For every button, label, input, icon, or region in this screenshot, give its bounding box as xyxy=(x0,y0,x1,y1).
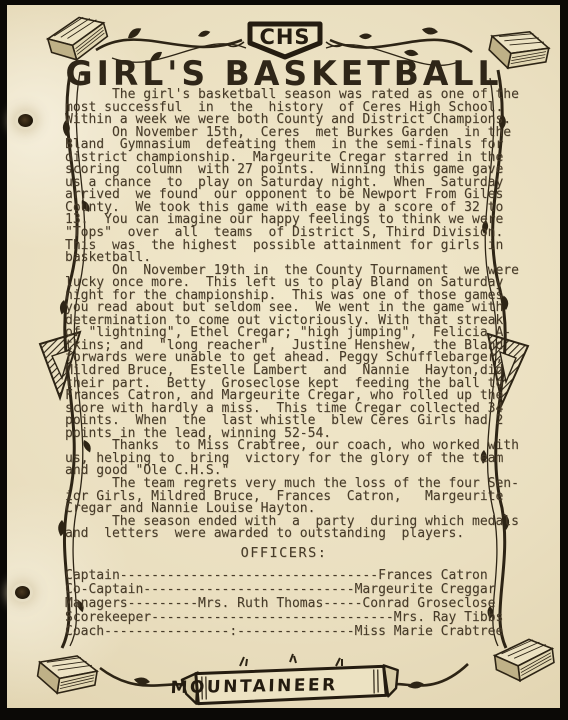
officers-list: Captain---------------------------------… xyxy=(65,569,503,639)
officer-line-co-captain: Co-Captain---------------------------Mar… xyxy=(65,583,503,597)
officer-line-scorekeeper: Scorekeeper-----------------------------… xyxy=(65,611,503,625)
chs-crest: CHS xyxy=(228,24,342,57)
mountaineer-banner-text: MOUNTAINEER xyxy=(170,675,338,698)
officers-heading: OFFICERS: xyxy=(0,545,568,561)
chs-crest-text: CHS xyxy=(259,25,310,49)
officer-line-coach: Coach----------------:---------------Mis… xyxy=(65,625,503,639)
mountaineer-banner: MOUNTAINEER xyxy=(170,665,399,704)
book-bottom-right-icon xyxy=(493,637,555,684)
binder-hole-top xyxy=(18,114,33,127)
book-bottom-left-icon xyxy=(35,650,99,699)
officer-line-managers: Managers---------Mrs. Ruth Thomas-----Co… xyxy=(65,597,503,611)
scanned-yearbook-page: CHS MOUNTAINEER GIRL'S BASKETBALL The gi… xyxy=(0,0,568,720)
binder-hole-bottom xyxy=(15,586,30,599)
officer-line-captain: Captain---------------------------------… xyxy=(65,569,503,583)
article-text: The girl's basketball season was rated a… xyxy=(65,89,519,541)
